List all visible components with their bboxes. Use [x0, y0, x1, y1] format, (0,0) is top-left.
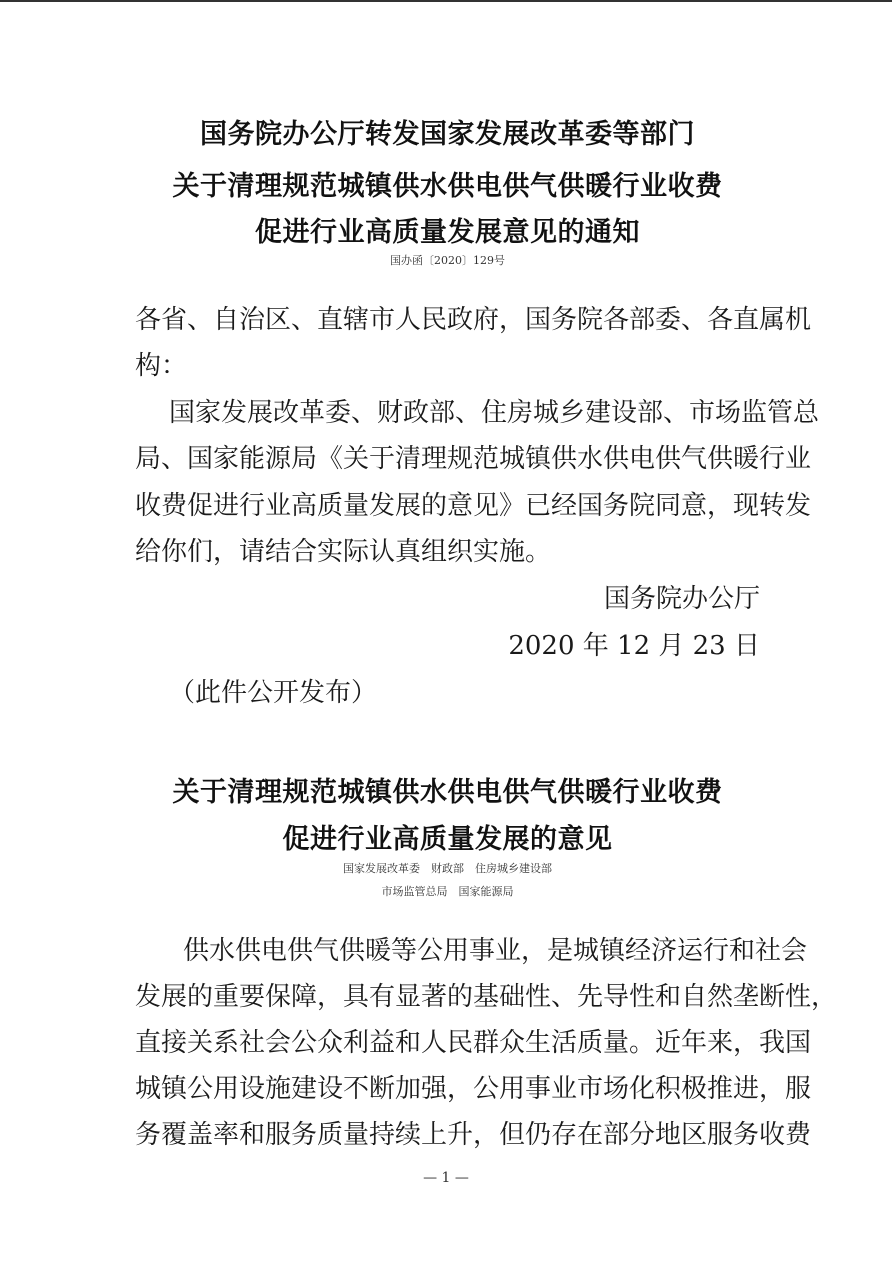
opinion-authors-line-2: 市场监管总局 国家能源局 — [135, 883, 760, 899]
opinion-body-line-1: 供水供电供气供暖等公用事业，是城镇经济运行和社会 — [135, 936, 760, 966]
opinion-body-line-2: 发展的重要保障，具有显著的基础性、先导性和自然垄断性， — [135, 982, 760, 1012]
notice-title-line-2: 关于清理规范城镇供水供电供气供暖行业收费 — [135, 164, 760, 203]
opinion-authors-line-1: 国家发展改革委 财政部 住房城乡建设部 — [135, 860, 760, 876]
issuer: 国务院办公厅 — [135, 584, 760, 614]
notice-body-line-1: 国家发展改革委、财政部、住房城乡建设部、市场监管总 — [135, 398, 760, 428]
opinion-body-line-3: 直接关系社会公众利益和人民群众生活质量。近年来，我国 — [135, 1028, 760, 1058]
notice-body-line-2: 局、国家能源局《关于清理规范城镇供水供电供气供暖行业 — [135, 444, 760, 474]
notice-body-line-4: 给你们，请结合实际认真组织实施。 — [135, 537, 760, 567]
notice-body-line-3: 收费促进行业高质量发展的意见》已经国务院同意，现转发 — [135, 491, 760, 521]
opinion-body-line-5: 务覆盖率和服务质量持续上升，但仍存在部分地区服务收费 — [135, 1120, 760, 1150]
opinion-body-line-4: 城镇公用设施建设不断加强，公用事业市场化积极推进，服 — [135, 1074, 760, 1104]
issue-date: 2020 年 12 月 23 日 — [135, 631, 760, 661]
notice-title-line-1: 国务院办公厅转发国家发展改革委等部门 — [135, 112, 760, 151]
opinion-title-line-1: 关于清理规范城镇供水供电供气供暖行业收费 — [135, 770, 760, 809]
page-number: — 1 — — [0, 1170, 892, 1186]
notice-title-line-3: 促进行业高质量发展意见的通知 — [135, 210, 760, 249]
publication-note: （此件公开发布） — [169, 678, 794, 708]
document-number: 国办函〔2020〕129号 — [135, 252, 760, 268]
top-border-line — [0, 0, 892, 2]
salutation-line-1: 各省、自治区、直辖市人民政府，国务院各部委、各直属机 — [135, 305, 760, 335]
salutation-line-2: 构： — [135, 351, 760, 381]
opinion-title-line-2: 促进行业高质量发展的意见 — [135, 817, 760, 856]
